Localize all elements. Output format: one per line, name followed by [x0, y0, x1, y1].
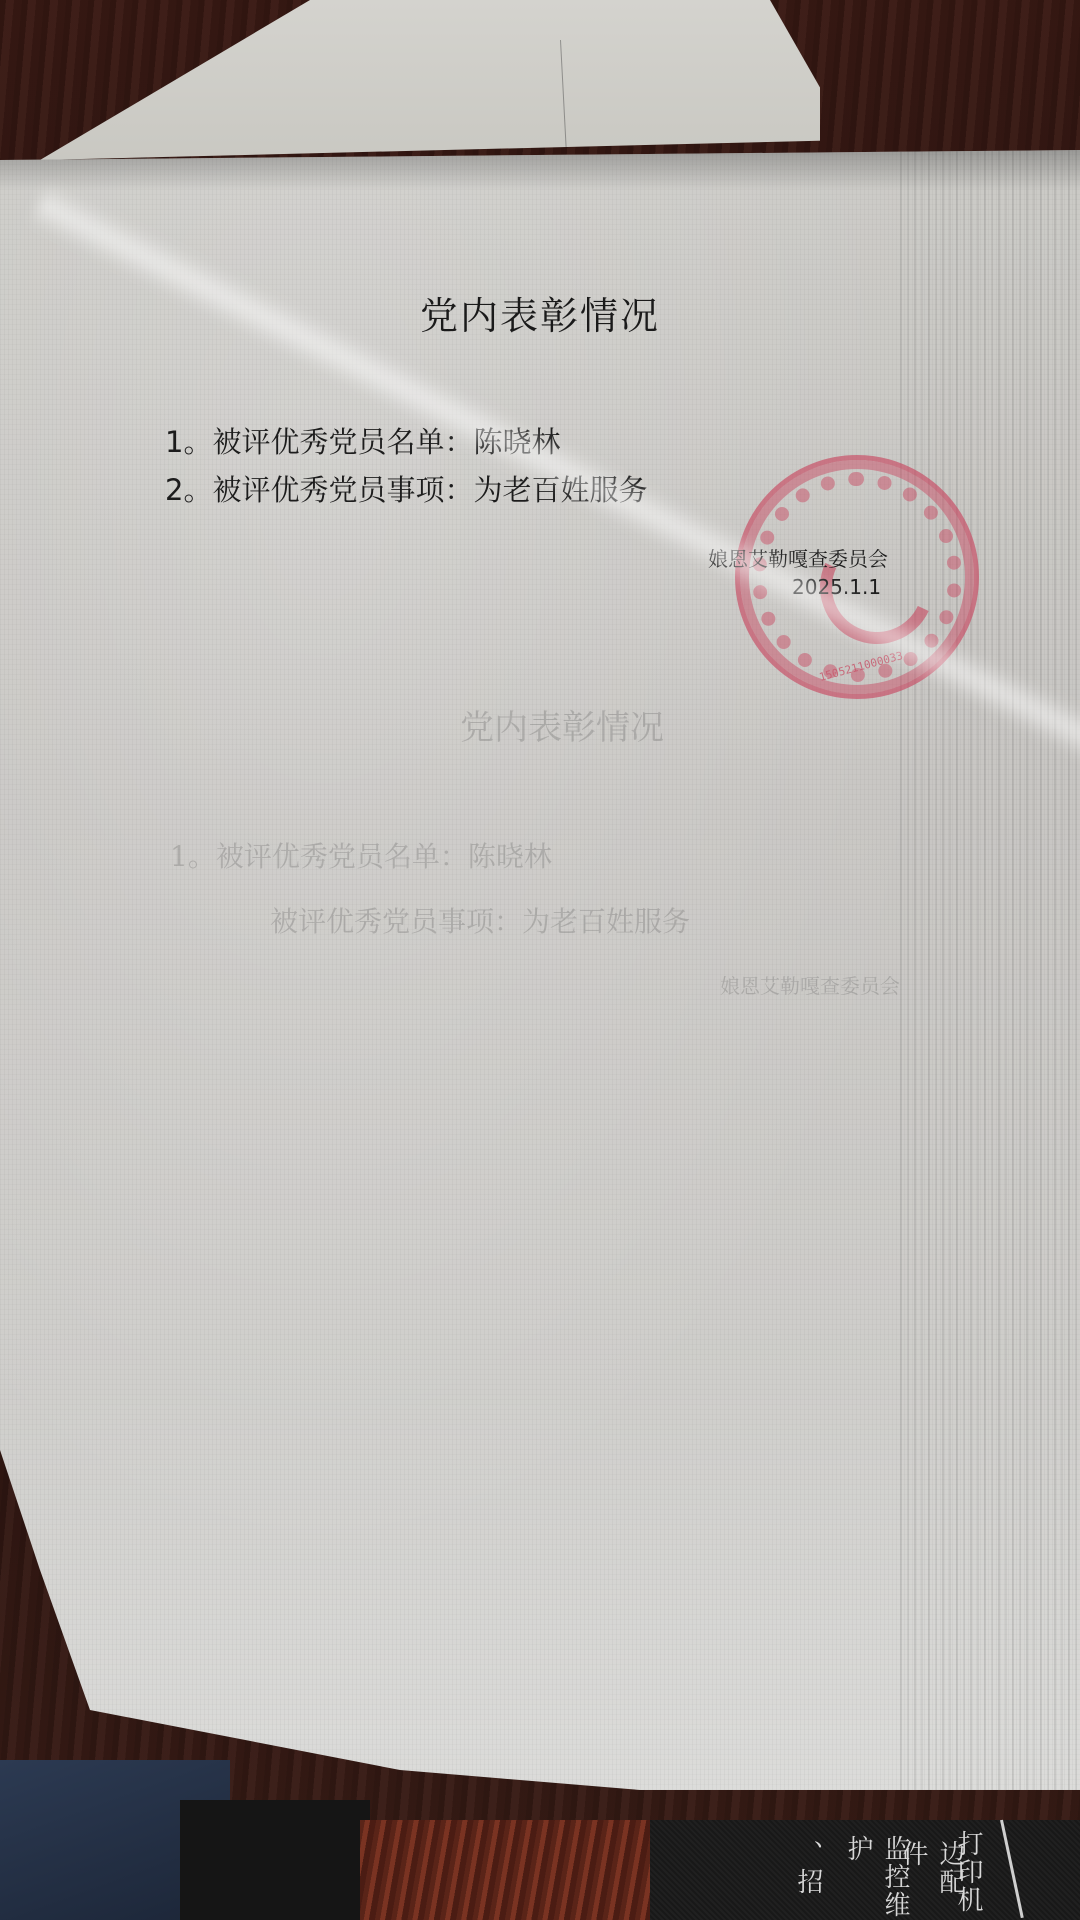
paper-crease	[560, 40, 567, 155]
bag-text-4: 、招	[790, 1840, 827, 1896]
printed-bag: 打印机 边配件 监控维护 、招	[650, 1820, 1080, 1920]
item-number: 2。	[165, 473, 212, 507]
wood-surface	[360, 1820, 660, 1920]
ghost-line-2: 被评优秀党员事项：为老百姓服务	[270, 900, 690, 940]
ghost-line-1: 1。被评优秀党员名单：陈晓林	[170, 835, 552, 875]
bag-text-3: 监控维护	[840, 1835, 914, 1920]
dark-object	[180, 1800, 370, 1920]
item-label: 被评优秀党员事项：	[212, 473, 473, 507]
item-number: 1。	[165, 425, 212, 459]
document-title: 党内表彰情况	[0, 285, 1080, 340]
ghost-signature: 娘恩艾勒嘎查委员会	[720, 970, 900, 999]
print-streak	[900, 150, 1080, 1800]
ghost-title: 党内表彰情况	[460, 700, 664, 749]
document-page: 党内表彰情况 1。被评优秀党员名单：陈晓林 被评优秀党员事项：为老百姓服务 娘恩…	[0, 150, 1080, 1800]
